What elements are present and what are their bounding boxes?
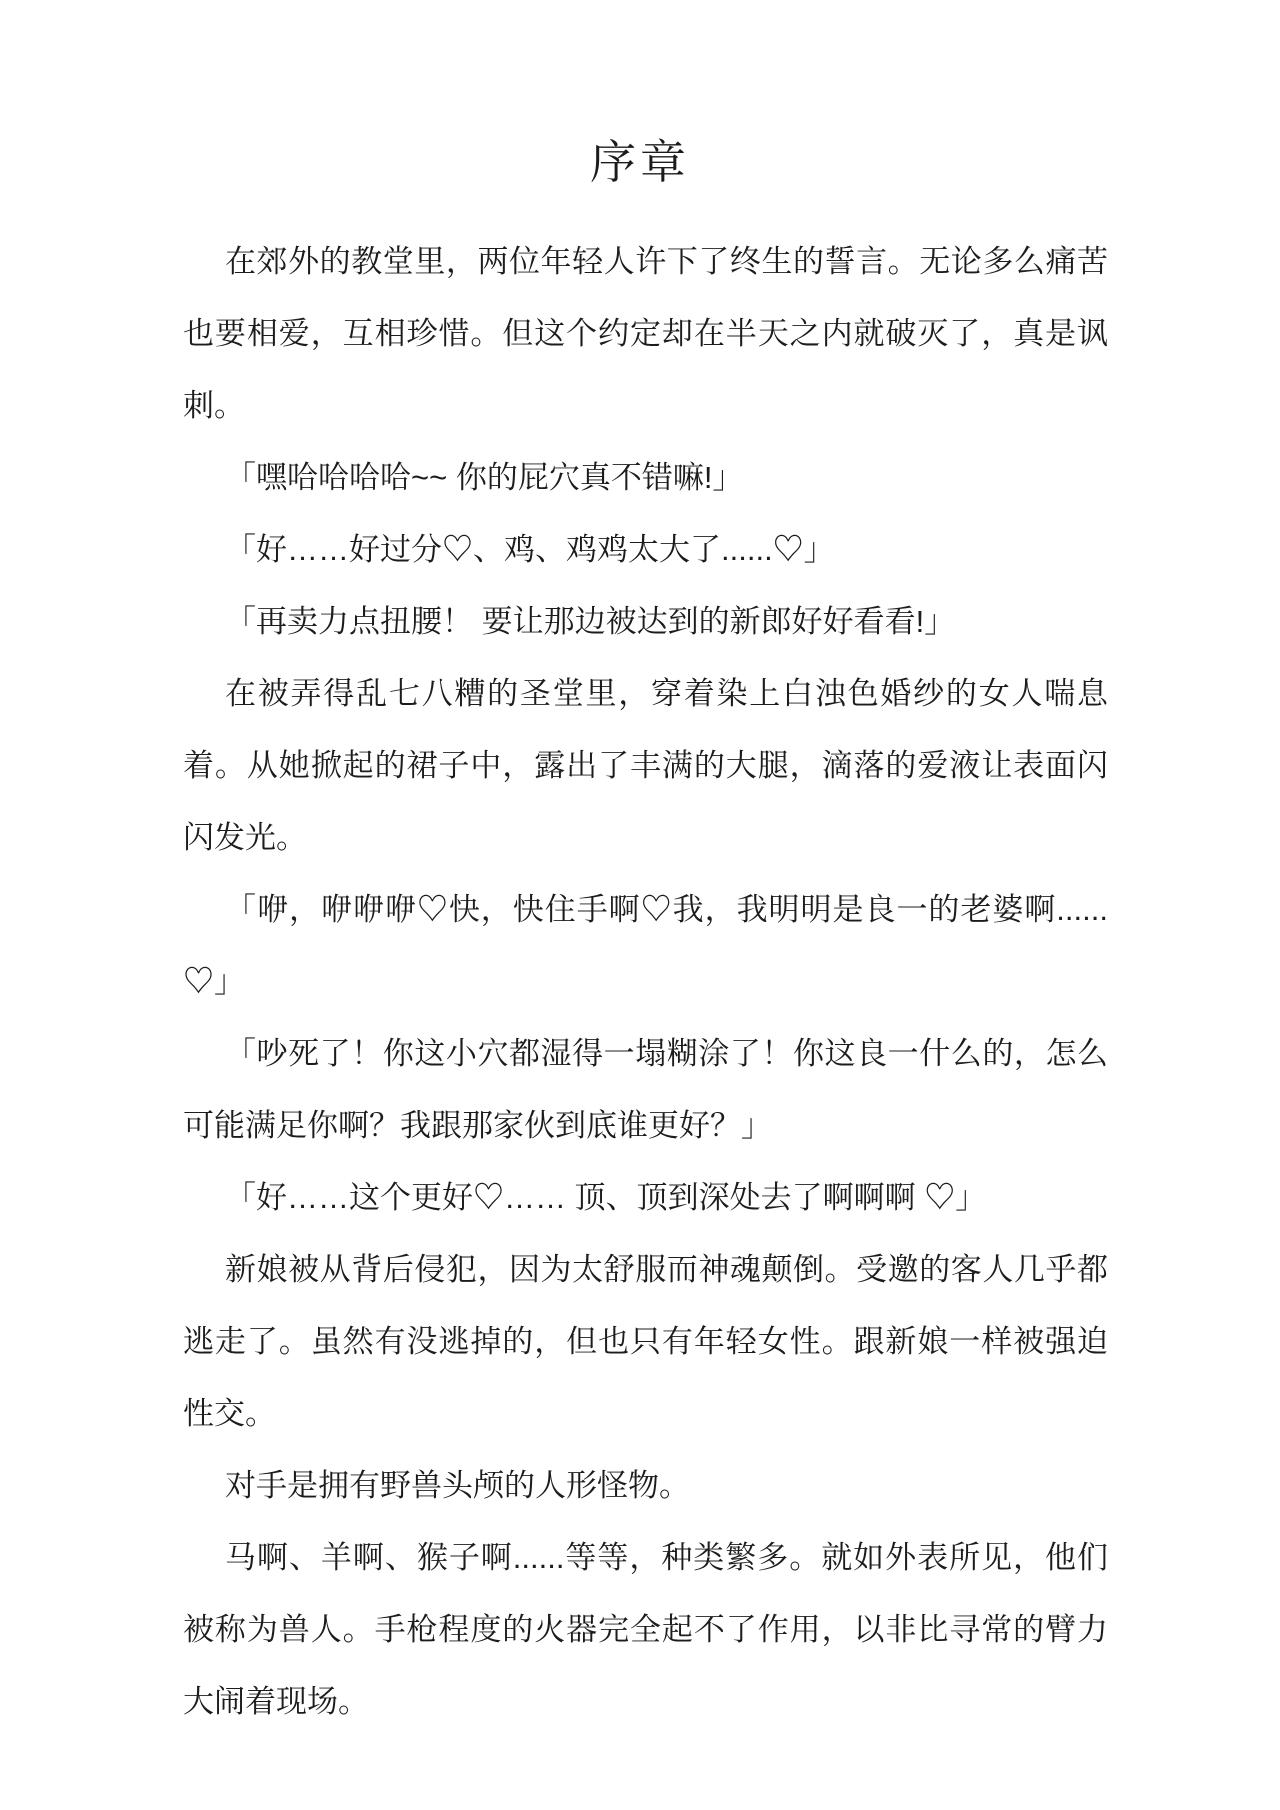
paragraph: 「嘿哈哈哈哈~~ 你的屁穴真不错嘛!」 xyxy=(183,442,1108,514)
paragraph: 马啊、羊啊、猴子啊......等等，种类繁多。就如外表所见，他们被称为兽人。手枪… xyxy=(183,1522,1108,1738)
paragraph: 在郊外的教堂里，两位年轻人许下了终生的誓言。无论多么痛苦也要相爱，互相珍惜。但这… xyxy=(183,226,1108,442)
chapter-title: 序章 xyxy=(0,126,1280,192)
chapter-body: 在郊外的教堂里，两位年轻人许下了终生的誓言。无论多么痛苦也要相爱，互相珍惜。但这… xyxy=(183,226,1108,1738)
document-page: 序章 在郊外的教堂里，两位年轻人许下了终生的誓言。无论多么痛苦也要相爱，互相珍惜… xyxy=(0,0,1280,1810)
paragraph: 「好……好过分♡、鸡、鸡鸡太大了......♡」 xyxy=(183,514,1108,586)
paragraph: 「吵死了！你这小穴都湿得一塌糊涂了！你这良一什么的，怎么可能满足你啊？我跟那家伙… xyxy=(183,1018,1108,1162)
paragraph: 新娘被从背后侵犯，因为太舒服而神魂颠倒。受邀的客人几乎都逃走了。虽然有没逃掉的，… xyxy=(183,1234,1108,1450)
paragraph: 对手是拥有野兽头颅的人形怪物。 xyxy=(183,1450,1108,1522)
paragraph: 「好……这个更好♡…… 顶、顶到深处去了啊啊啊 ♡」 xyxy=(183,1162,1108,1234)
paragraph: 在被弄得乱七八糟的圣堂里，穿着染上白浊色婚纱的女人喘息着。从她掀起的裙子中，露出… xyxy=(183,658,1108,874)
paragraph: 「再卖力点扭腰！ 要让那边被达到的新郎好好看看!」 xyxy=(183,586,1108,658)
paragraph: 「咿，咿咿咿♡快，快住手啊♡我，我明明是良一的老婆啊......♡」 xyxy=(183,874,1108,1018)
